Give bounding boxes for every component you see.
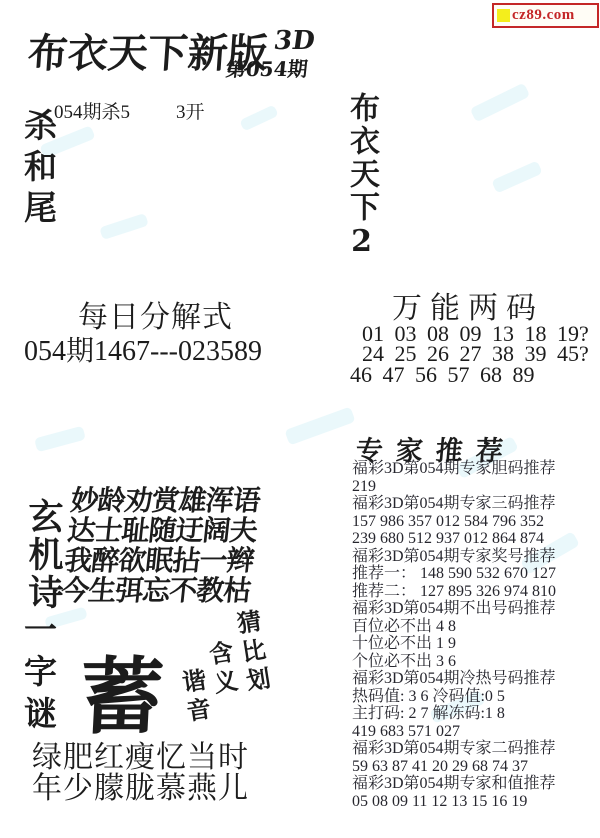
verse-line: 年少朦胧慕燕儿 [32,773,249,804]
expert-line: 推荐二： 127 895 326 974 810 [352,583,598,601]
mystery-poem-label: 玄机诗 [24,498,62,612]
expert-line: 百位必不出 4 8 [352,618,598,636]
expert-line: 157 986 357 012 584 796 352 [352,513,598,531]
expert-line: 福彩3D第054期不出号码推荐 [352,600,598,618]
expert-line: 419 683 571 027 [352,723,598,741]
bottom-verse: 绿肥红瘦忆当时 年少朦胧慕燕儿 [32,742,249,804]
expert-line: 05 08 09 11 12 13 15 16 19 [352,793,598,811]
mystery-poem: 妙龄劝赏雄浑语 达士耻随迂阔夫 我醉欲眠拈一辫 今生弭忘不教枯 [60,486,262,606]
expert-line: 十位必不出 1 9 [352,635,598,653]
expert-line: 59 63 87 41 20 29 68 74 37 [352,758,598,776]
expert-line: 福彩3D第054期冷热号码推荐 [352,670,598,688]
issue-label: 第054期 [224,53,309,82]
expert-line: 239 680 512 937 012 864 874 [352,530,598,548]
riddle-hint: 谐音 [177,667,212,728]
expert-line: 个位必不出 3 6 [352,653,598,671]
kill-text: 054期杀5 [54,102,130,123]
watermark-smudge [239,105,279,132]
watermark-smudge [99,213,149,240]
expert-line: 福彩3D第054期专家奖号推荐 [352,548,598,566]
buyi-tianxia-3d-sheet: cz89.com 布衣天下新版 3D 第054期 054期杀53开 杀和尾 布衣… [0,0,600,838]
kill-note: 054期杀53开 [54,97,205,124]
poem-line: 妙龄劝赏雄浑语 [69,486,261,516]
site-banner[interactable]: cz89.com [492,3,599,28]
game-label: 3D [272,26,317,56]
yellow-square-icon [497,9,510,22]
verse-line: 绿肥红瘦忆当时 [32,742,249,773]
brand-column: 布衣天下2 [342,92,380,262]
expert-line: 热码值: 3 6 冷码值:0 5 [352,688,598,706]
expert-line: 福彩3D第054期专家胆码推荐 [352,460,598,478]
expert-line: 福彩3D第054期专家和值推荐 [352,775,598,793]
riddle-hint: 含义 [204,639,239,700]
poem-line: 达士耻随迂阔夫 [66,516,258,546]
daily-decomposition-formula: 054期1467---023589 [24,329,262,369]
open-text: 3开 [176,102,205,123]
watermark-smudge [470,83,531,123]
universal-two-codes-row: 46 47 56 57 68 89 [350,362,535,388]
riddle-character: 蓄 [77,630,167,751]
expert-line: 福彩3D第054期专家二码推荐 [352,740,598,758]
expert-line: 推荐一： 148 590 532 670 127 [352,565,598,583]
poem-line: 今生弭忘不教枯 [60,576,252,606]
expert-line: 福彩3D第054期专家三码推荐 [352,495,598,513]
watermark-smudge [284,407,355,446]
watermark-smudge [34,426,86,452]
watermark-smudge [491,160,542,193]
poem-line: 我醉欲眠拈一辫 [63,546,255,576]
expert-line: 219 [352,478,598,496]
expert-recommendation-list: 福彩3D第054期专家胆码推荐 219 福彩3D第054期专家三码推荐 157 … [352,460,598,810]
riddle-label: 一字谜 [20,612,56,738]
left-kill-column: 杀和尾 [20,108,56,231]
site-url: cz89.com [512,7,575,24]
expert-line: 主打码: 2 7 解冻码:1 8 [352,705,598,723]
